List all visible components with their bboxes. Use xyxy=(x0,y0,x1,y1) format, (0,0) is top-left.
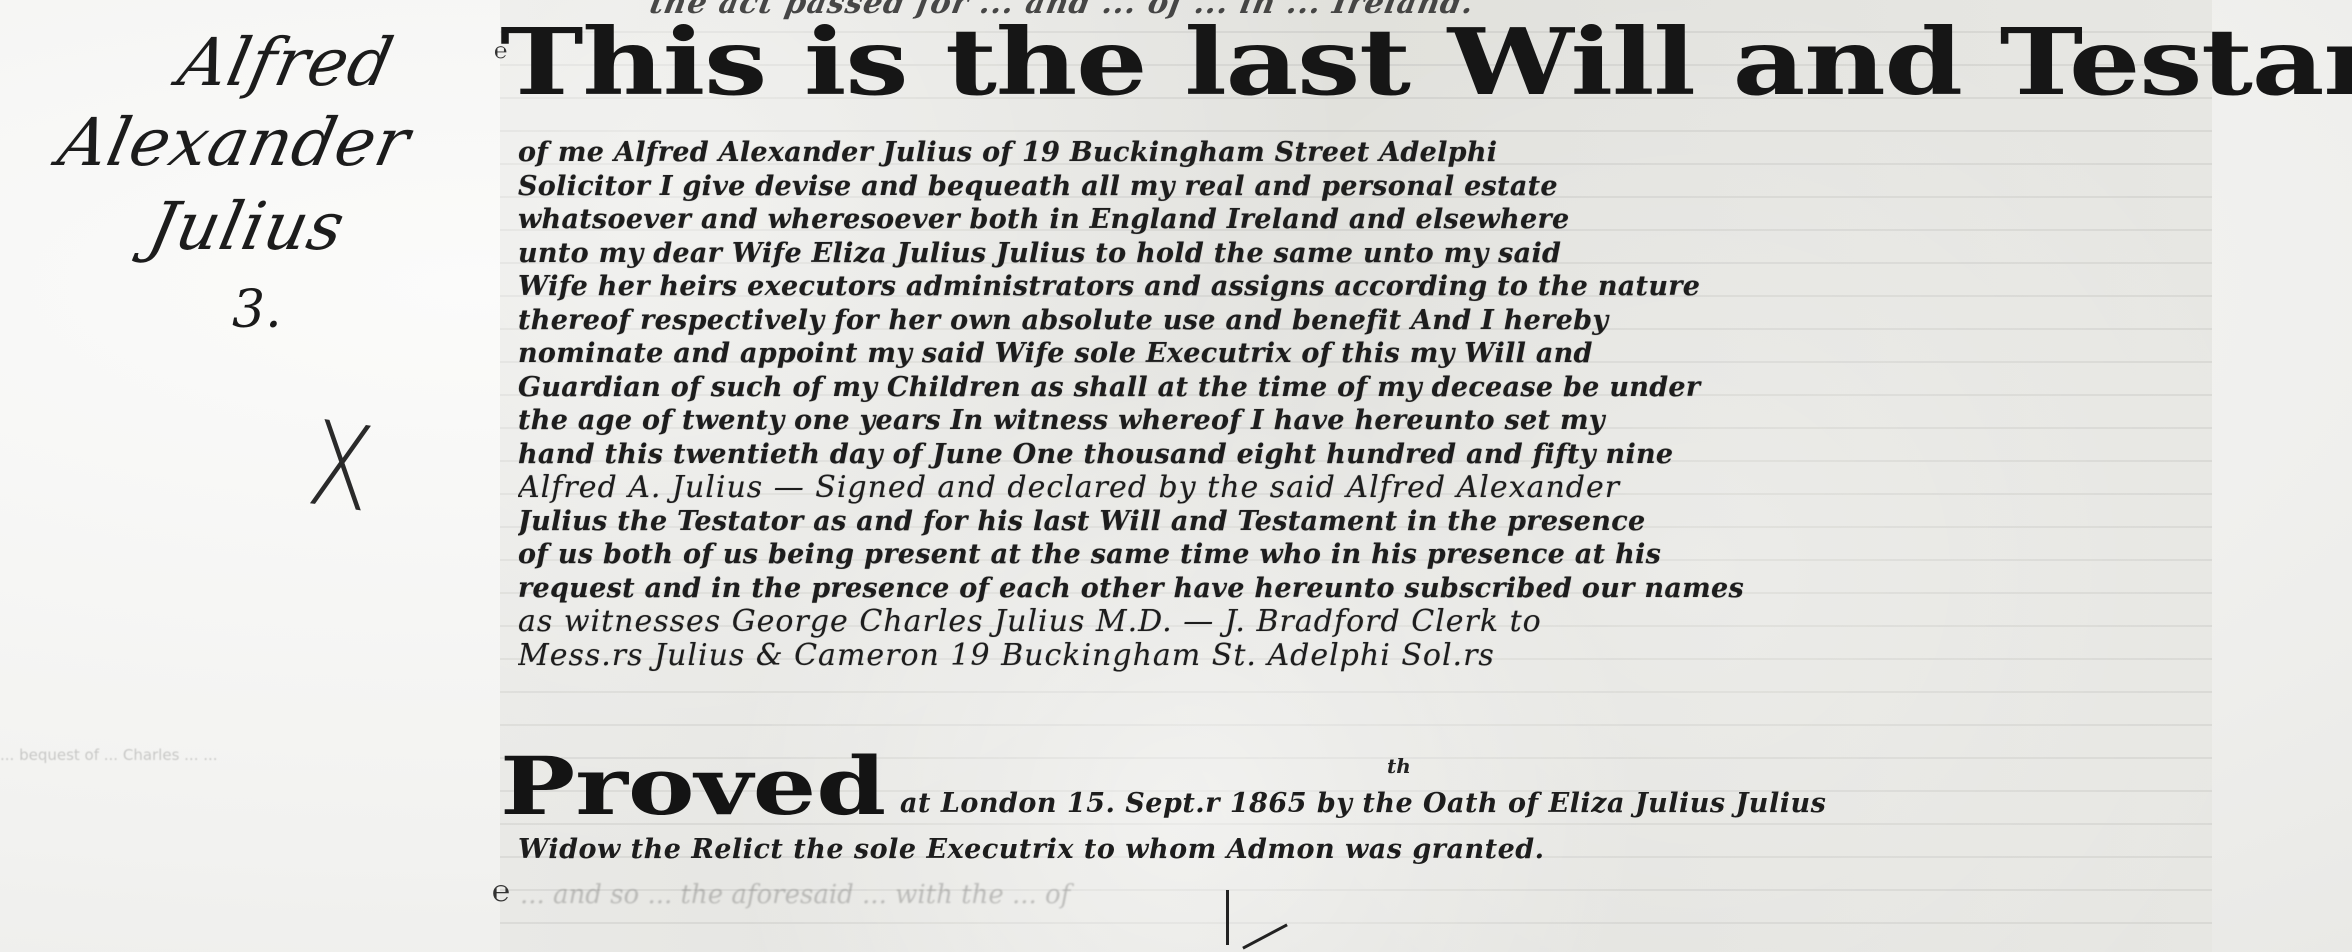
witness-signature-line: as witnesses George Charles Julius M.D. … xyxy=(518,605,2208,639)
document-heading: This is the last Will and Testament xyxy=(500,16,2352,108)
body-line: hand this twentieth day of June One thou… xyxy=(518,438,2208,472)
body-line: whatsoever and wheresoever both in Engla… xyxy=(518,203,2208,237)
body-line: nominate and appoint my said Wife sole E… xyxy=(518,337,2208,371)
will-body-text: of me Alfred Alexander Julius of 19 Buck… xyxy=(518,136,2208,672)
body-line: of me Alfred Alexander Julius of 19 Buck… xyxy=(518,136,2208,170)
witness-address-line: Mess.rs Julius & Cameron 19 Buckingham S… xyxy=(518,639,2208,673)
body-line: the age of twenty one years In witness w… xyxy=(518,404,2208,438)
margin-bleed-through-text: ... bequest of ... Charles ... ... xyxy=(0,745,430,765)
probate-superscript: th xyxy=(1387,754,1411,778)
body-line: Solicitor I give devise and bequeath all… xyxy=(518,170,2208,204)
margin-entry-number: 3. xyxy=(232,280,282,340)
body-line: Wife her heirs executors administrators … xyxy=(518,270,2208,304)
scanned-document-page: Alfred Alexander Julius 3. X ... bequest… xyxy=(0,0,2352,952)
margin-x-mark-icon: X xyxy=(301,396,381,540)
margin-name-last: Julius xyxy=(143,194,487,260)
margin-name-first: Alfred xyxy=(173,30,487,96)
body-line: thereof respectively for her own absolut… xyxy=(518,304,2208,338)
margin-annotation: Alfred Alexander Julius xyxy=(20,30,480,260)
page-tick-mark-icon xyxy=(1226,890,1229,945)
body-line: of us both of us being present at the sa… xyxy=(518,538,2208,572)
margin-name-middle: Alexander xyxy=(53,110,487,176)
testator-signature-line: Alfred A. Julius — Signed and declared b… xyxy=(518,471,2208,505)
probate-line-2: Widow the Relict the sole Executrix to w… xyxy=(518,834,1545,865)
probate-flourish-icon: ℮ xyxy=(492,874,510,909)
body-line: Julius the Testator as and for his last … xyxy=(518,505,2208,539)
body-line: request and in the presence of each othe… xyxy=(518,572,2208,606)
bottom-bleed-through-text: ... and so ... the aforesaid ... with th… xyxy=(520,880,2200,910)
probate-heading: Proved xyxy=(500,746,886,826)
body-line: unto my dear Wife Eliza Julius Julius to… xyxy=(518,237,2208,271)
body-line: Guardian of such of my Children as shall… xyxy=(518,371,2208,405)
probate-line-1: at London 15. Sept.r 1865 by the Oath of… xyxy=(900,788,1826,819)
